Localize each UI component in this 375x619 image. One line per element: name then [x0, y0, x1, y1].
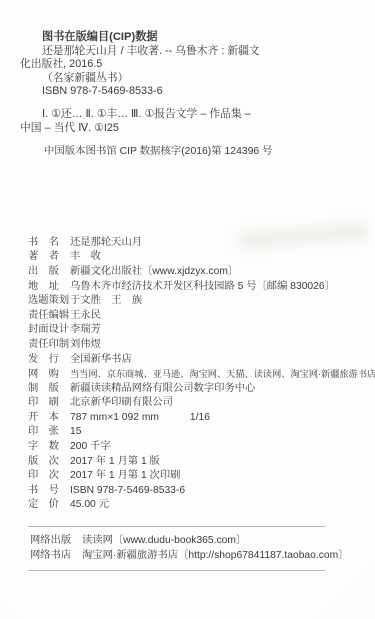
- field-value: 787 mm×1 092 mm 1/16: [70, 411, 210, 426]
- field-value: 王永民: [70, 309, 101, 324]
- cip-record-number: 中国版本图书馆 CIP 数据核字(2016)第 124396 号: [20, 145, 355, 159]
- field-value: ISBN 978-7-5469-8533-6: [70, 484, 185, 499]
- online-row-epublisher: 网络出版 读读网〔www.dudu-book365.com〕: [30, 533, 325, 548]
- colophon-row-format: 开 本 787 mm×1 092 mm 1/16: [28, 411, 375, 426]
- cip-entry-line1: 还是那轮天山月 / 丰收著. -- 乌鲁木齐 : 新疆文: [20, 45, 355, 59]
- field-label: 制 版: [28, 382, 70, 397]
- colophon-row-address: 地 址 乌鲁木齐市经济技术开发区科技园路 5 号〔邮编 830026〕: [28, 280, 375, 295]
- colophon-row-online-shopping: 网 购 当当网、京东商城、亚马逊、淘宝网、天猫、读读网、淘宝网·新疆旅游书店: [28, 367, 375, 382]
- field-label: 发 行: [28, 353, 70, 368]
- colophon-row-edition: 版 次 2017 年 1 月第 1 版: [28, 455, 375, 470]
- colophon-table: 书 名 还是那轮天山月 著 者 丰 收 出 版 新疆文化出版社〔www.xjdz…: [28, 236, 375, 513]
- colophon-row-platemaking: 制 版 新疆读读精品网络有限公司数字印务中心: [28, 382, 375, 397]
- cip-entry-line2: 化出版社, 2016.5: [20, 58, 355, 72]
- field-value: 15: [70, 425, 81, 440]
- book-copyright-page: 图书在版编目(CIP)数据 还是那轮天山月 / 丰收著. -- 乌鲁木齐 : 新…: [0, 0, 375, 619]
- colophon-row-distribution: 发 行 全国新华书店: [28, 353, 375, 368]
- field-label: 责任印制: [28, 338, 70, 353]
- field-value: 刘伟煜: [70, 338, 101, 353]
- cip-series: （名家新疆丛书）: [20, 72, 355, 86]
- colophon-row-cover-design: 封面设计 李瑞芳: [28, 323, 375, 338]
- online-store-block: 网络出版 读读网〔www.dudu-book365.com〕 网络书店 淘宝网·…: [28, 526, 325, 571]
- field-label: 定 价: [28, 498, 70, 513]
- colophon-row-impression: 印 次 2017 年 1 月第 1 次印刷: [28, 469, 375, 484]
- field-value: 淘宝网·新疆旅游书店〔http://shop67841187.taobao.co…: [82, 548, 349, 563]
- field-value: 新疆文化出版社〔www.xjdzyx.com〕: [70, 265, 238, 280]
- cip-header: 图书在版编目(CIP)数据: [20, 31, 355, 45]
- colophon-row-word-count: 字 数 200 千字: [28, 440, 375, 455]
- cip-class-line2: 中国 – 当代 Ⅳ. ①I25: [20, 122, 355, 136]
- field-label: 书 号: [28, 484, 70, 499]
- field-label: 印 刷: [28, 396, 70, 411]
- colophon-row-printing: 印 刷 北京新华印刷有限公司: [28, 396, 375, 411]
- field-label: 字 数: [28, 440, 70, 455]
- field-value: 丰 收: [70, 250, 101, 265]
- field-label: 选题策划: [28, 294, 70, 309]
- field-label: 网 购: [28, 368, 70, 383]
- field-value: 全国新华书店: [70, 353, 132, 368]
- field-value: 45.00 元: [70, 498, 109, 513]
- field-label: 地 址: [28, 280, 70, 295]
- field-value: 李瑞芳: [70, 323, 101, 338]
- online-row-estore: 网络书店 淘宝网·新疆旅游书店〔http://shop67841187.taob…: [30, 548, 325, 563]
- cip-isbn: ISBN 978-7-5469-8533-6: [20, 85, 355, 99]
- field-value: 于文胜 王 族: [70, 294, 142, 309]
- field-value: 200 千字: [70, 440, 111, 455]
- field-label: 版 次: [28, 455, 70, 470]
- field-label: 著 者: [28, 250, 70, 265]
- field-label: 责任编辑: [28, 309, 70, 324]
- colophon-row-publisher: 出 版 新疆文化出版社〔www.xjdzyx.com〕: [28, 265, 375, 280]
- field-label: 封面设计: [28, 323, 70, 338]
- colophon-row-editor: 责任编辑 王永民: [28, 309, 375, 324]
- field-value: 新疆读读精品网络有限公司数字印务中心: [70, 382, 255, 397]
- colophon-row-isbn: 书 号 ISBN 978-7-5469-8533-6: [28, 484, 375, 499]
- field-label: 出 版: [28, 265, 70, 280]
- colophon-row-sheets: 印 张 15: [28, 425, 375, 440]
- field-value: 北京新华印刷有限公司: [70, 396, 173, 411]
- field-value: 2017 年 1 月第 1 次印刷: [70, 469, 180, 484]
- field-value: 读读网〔www.dudu-book365.com〕: [82, 533, 246, 548]
- field-value: 2017 年 1 月第 1 版: [70, 455, 160, 470]
- colophon-row-planning: 选题策划 于文胜 王 族: [28, 294, 375, 309]
- field-value: 当当网、京东商城、亚马逊、淘宝网、天猫、读读网、淘宝网·新疆旅游书店: [70, 367, 375, 382]
- field-label: 印 张: [28, 425, 70, 440]
- cip-block: 图书在版编目(CIP)数据 还是那轮天山月 / 丰收著. -- 乌鲁木齐 : 新…: [20, 31, 355, 159]
- colophon-row-price: 定 价 45.00 元: [28, 498, 375, 513]
- field-label: 印 次: [28, 469, 70, 484]
- colophon-row-print-supervisor: 责任印制 刘伟煜: [28, 338, 375, 353]
- cip-class-line1: Ⅰ. ①还… Ⅱ. ①丰… Ⅲ. ①报告文学 – 作品集 –: [20, 108, 355, 122]
- field-value: 乌鲁木齐市经济技术开发区科技园路 5 号〔邮编 830026〕: [70, 280, 335, 295]
- field-label: 书 名: [28, 236, 70, 251]
- colophon-row-author: 著 者 丰 收: [28, 250, 375, 265]
- field-label: 开 本: [28, 411, 70, 426]
- field-label: 网络出版: [30, 533, 82, 548]
- field-label: 网络书店: [30, 548, 82, 563]
- field-value: 还是那轮天山月: [70, 236, 142, 251]
